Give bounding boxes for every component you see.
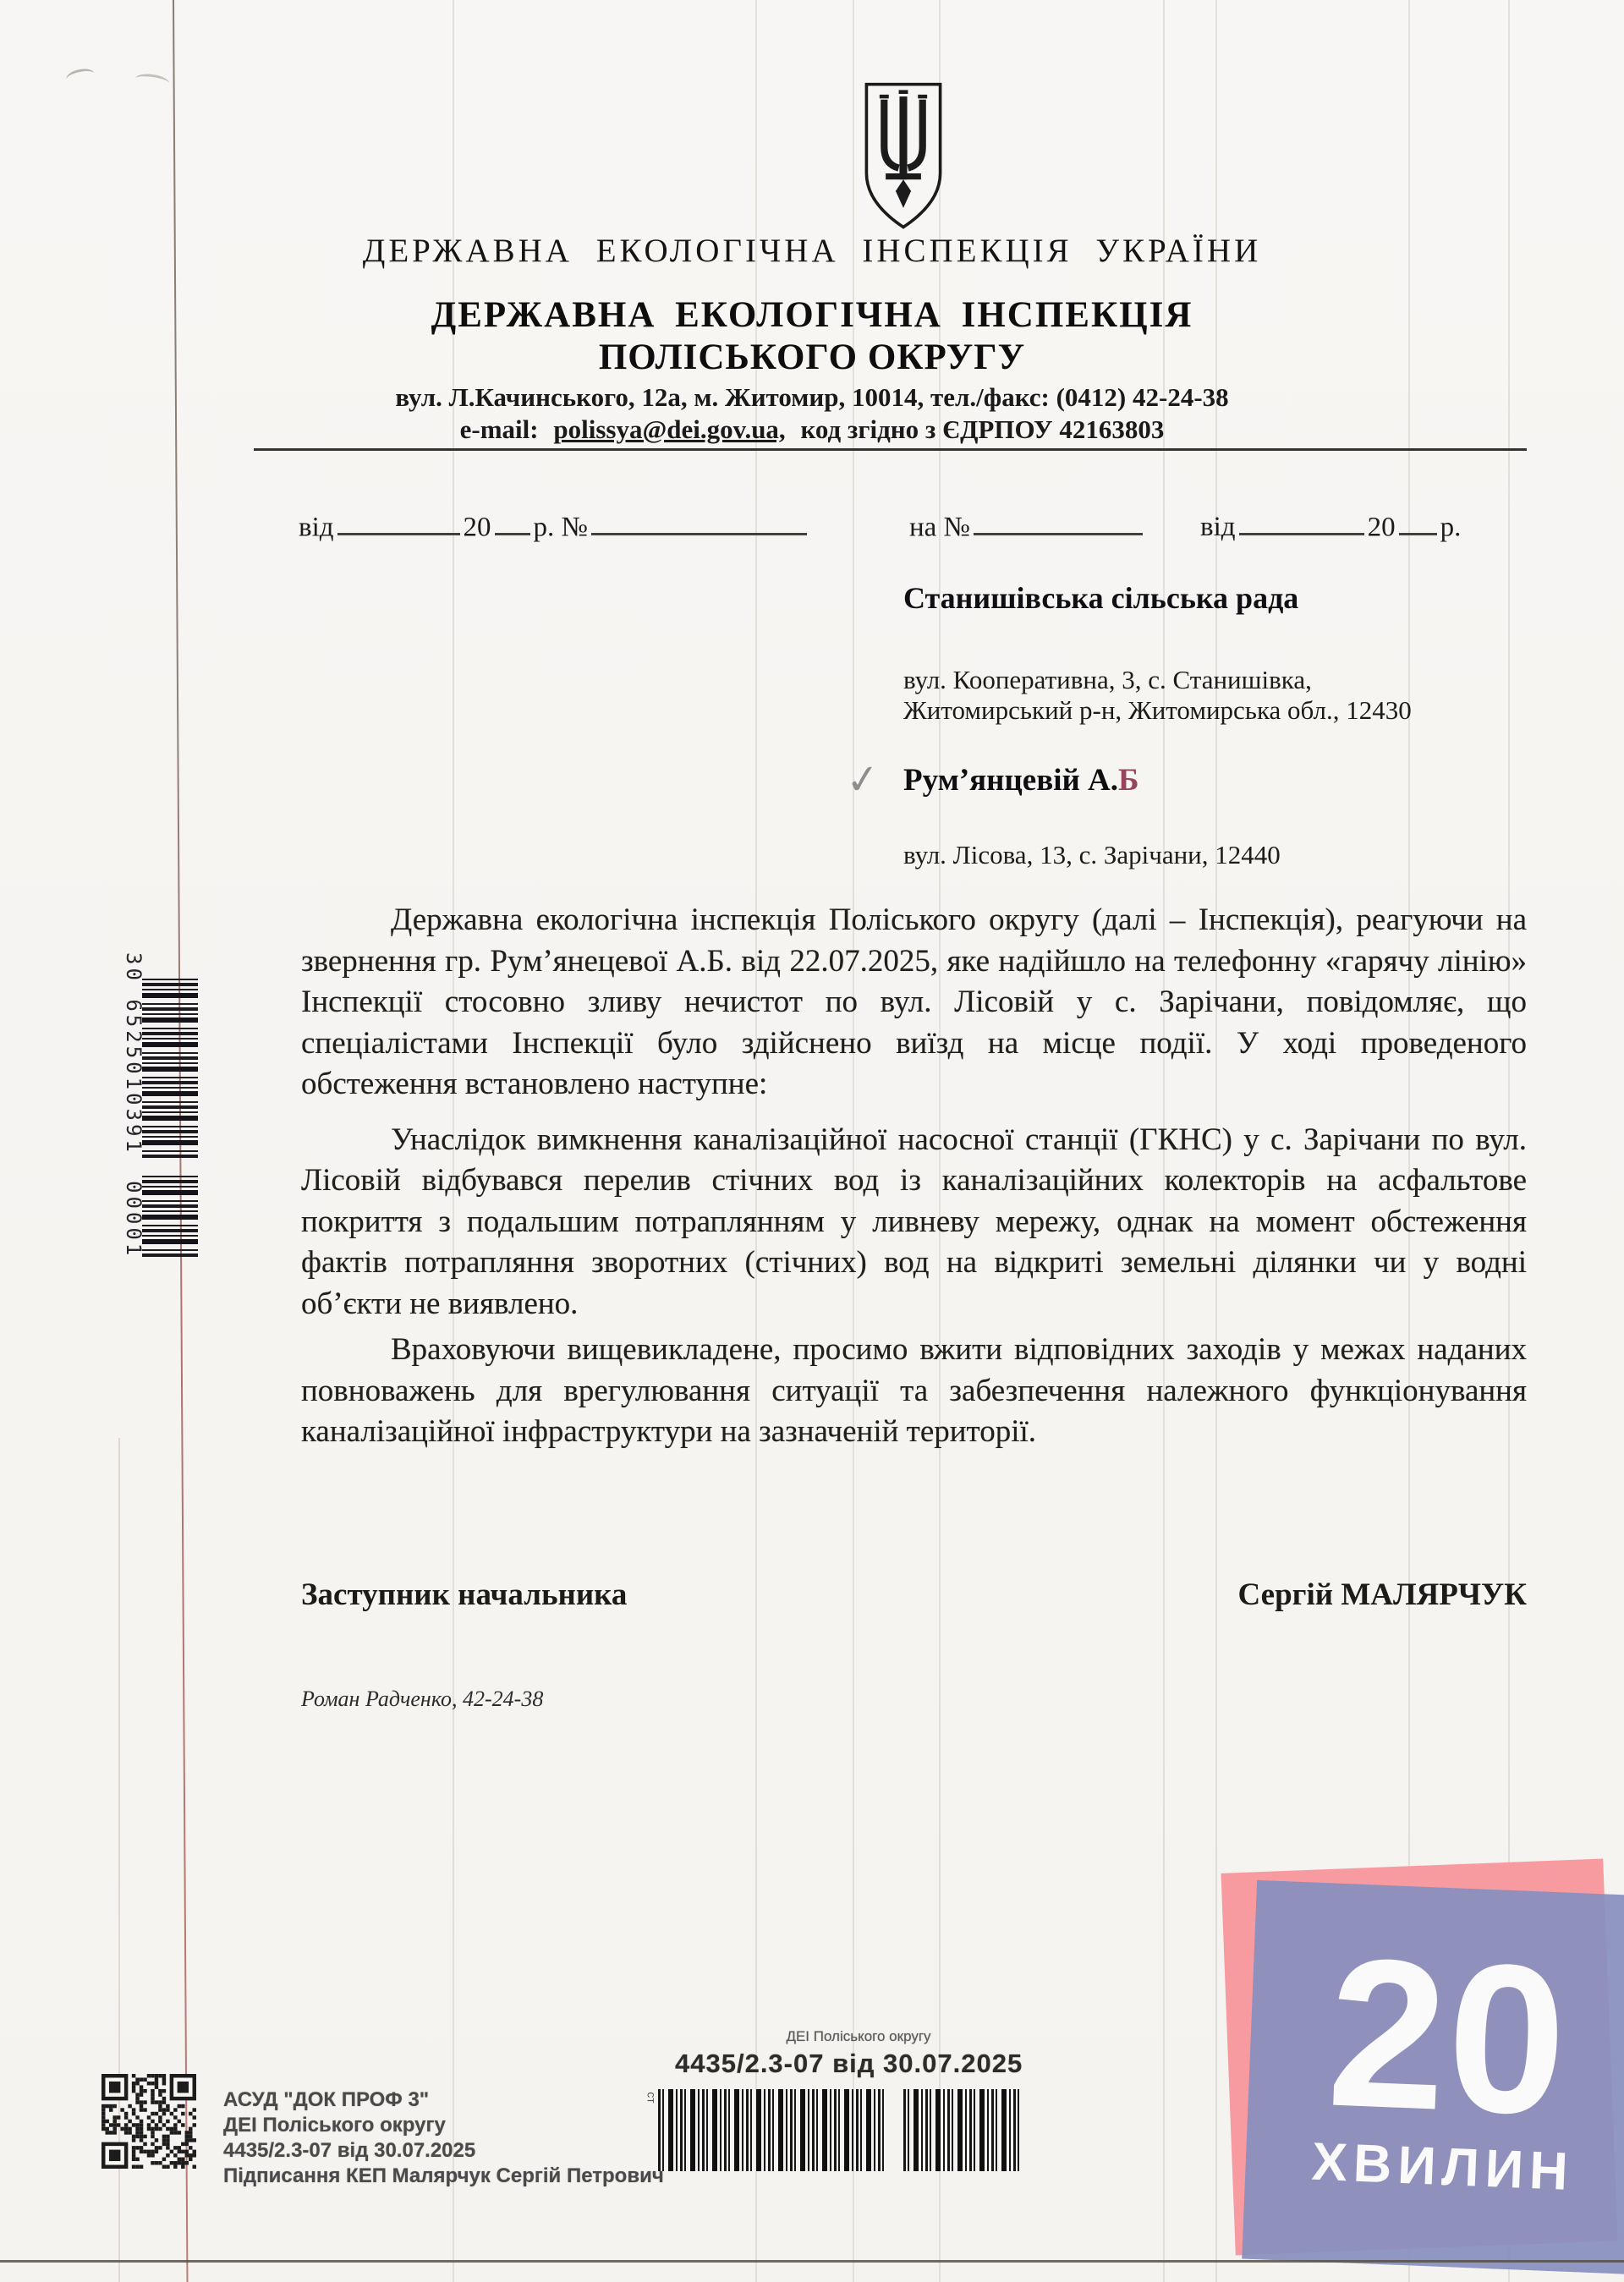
left-vertical-barcode-lower <box>142 1172 198 1257</box>
barcode-org-label: ДЕІ Поліського округу <box>761 2028 956 2045</box>
ref-left-year: 20 <box>464 512 491 542</box>
org-name-national: ДЕРЖАВНА ЕКОЛОГІЧНА ІНСПЕКЦІЯ УКРАЇНИ <box>0 232 1624 270</box>
email-address: polissya@dei.gov.ua, <box>553 414 785 444</box>
ref-right-year: 20 <box>1368 512 1396 542</box>
signatory-name: Сергій МАЛЯРЧУК <box>1100 1577 1527 1613</box>
header-divider-rule <box>254 448 1527 451</box>
document-barcode-right-section <box>903 2089 1023 2171</box>
blank-line <box>591 507 807 535</box>
recipient-council-address-2: Житомирський р-н, Житомирська обл., 1243… <box>903 695 1412 726</box>
ref-right-vid: від <box>1200 512 1236 542</box>
edrpou-code: код згідно з ЄДРПОУ 42163803 <box>800 414 1164 444</box>
body-paragraph-2: Унаслідок вимкнення каналізаційної насос… <box>301 1120 1527 1325</box>
ref-line-left: від20р. № <box>299 507 810 543</box>
ref-line-right: на №від20р. <box>909 507 1461 543</box>
watermark-number: 20 <box>1325 1945 1571 2127</box>
barcode-side-char: ст <box>645 2092 659 2103</box>
scan-smudge <box>134 72 170 89</box>
qr-stamp-line-2: ДЕІ Поліського округу <box>223 2113 664 2138</box>
ref-left-vid: від <box>299 512 334 542</box>
qr-stamp-line-3: 4435/2.3-07 від 30.07.2025 <box>223 2138 664 2164</box>
watermark-logo: 20 ХВИЛИН <box>1242 1880 1624 2274</box>
ref-right-r: р. <box>1440 512 1462 542</box>
left-barcode-digits-upper: 30 6525010391 <box>122 952 145 1155</box>
body-paragraph-3: Враховуючи вищевикладене, просимо вжити … <box>301 1330 1527 1453</box>
qr-stamp-line-1: АСУД "ДОК ПРОФ 3" <box>223 2087 664 2113</box>
barcode-document-number: 4435/2.3-07 від 30.07.2025 <box>675 2049 1023 2079</box>
recipient-person-address: вул. Лісова, 13, с. Зарічани, 12440 <box>903 840 1281 870</box>
document-barcode-left-section <box>658 2089 885 2171</box>
left-vertical-barcode-upper <box>142 977 198 1158</box>
email-label: e-mail: <box>460 414 539 444</box>
recipient-council-address-1: вул. Кооперативна, 3, с. Станишівка, <box>903 665 1312 695</box>
executor-line: Роман Радченко, 42-24-38 <box>301 1687 543 1712</box>
qr-stamp-text: АСУД "ДОК ПРОФ 3" ДЕІ Поліського округу … <box>223 2087 664 2189</box>
blank-line <box>1399 507 1437 535</box>
ref-left-r-no: р. № <box>534 512 589 542</box>
recipient-person-name: Рум’янцевій А. <box>903 763 1118 798</box>
recipient-person-initial-overstamp: Б <box>1118 763 1138 798</box>
document-barcode-block: ДЕІ Поліського округу 4435/2.3-07 від 30… <box>651 2028 1032 2181</box>
ref-right-na-no: на № <box>909 512 970 542</box>
qr-code <box>101 2074 196 2169</box>
org-name-line1: ДЕРЖАВНА ЕКОЛОГІЧНА ІНСПЕКЦІЯ <box>0 294 1624 336</box>
blank-line <box>1239 507 1364 535</box>
ukraine-trident-emblem <box>853 81 953 232</box>
scanned-letter-page: ДЕРЖАВНА ЕКОЛОГІЧНА ІНСПЕКЦІЯ УКРАЇНИ ДЕ… <box>0 0 1624 2282</box>
body-paragraph-1: Державна екологічна інспекція Поліського… <box>301 900 1527 1105</box>
left-barcode-digits-lower: 00001 <box>122 1181 145 1259</box>
handwritten-checkmark: ✓ <box>843 754 882 805</box>
blank-line <box>495 507 530 535</box>
org-name-line2: ПОЛІСЬКОГО ОКРУГУ <box>0 337 1624 378</box>
recipient-council: Станишівська сільська рада <box>903 580 1298 616</box>
signatory-title: Заступник начальника <box>301 1577 627 1613</box>
org-address: вул. Л.Качинського, 12а, м. Житомир, 100… <box>0 382 1624 413</box>
watermark-word: ХВИЛИН <box>1311 2131 1575 2202</box>
letter-body: Державна екологічна інспекція Поліського… <box>301 900 1527 1453</box>
scan-smudge <box>65 67 96 87</box>
blank-line <box>974 507 1143 535</box>
recipient-person: Рум’янцевій А.Б <box>903 762 1138 798</box>
qr-stamp-line-4: Підписання КЕП Малярчук Сергій Петрович <box>223 2164 664 2189</box>
blank-line <box>337 507 460 535</box>
scan-bottom-edge-line <box>0 2260 1624 2263</box>
org-email-line: e-mail: polissya@dei.gov.ua, код згідно … <box>0 414 1624 445</box>
